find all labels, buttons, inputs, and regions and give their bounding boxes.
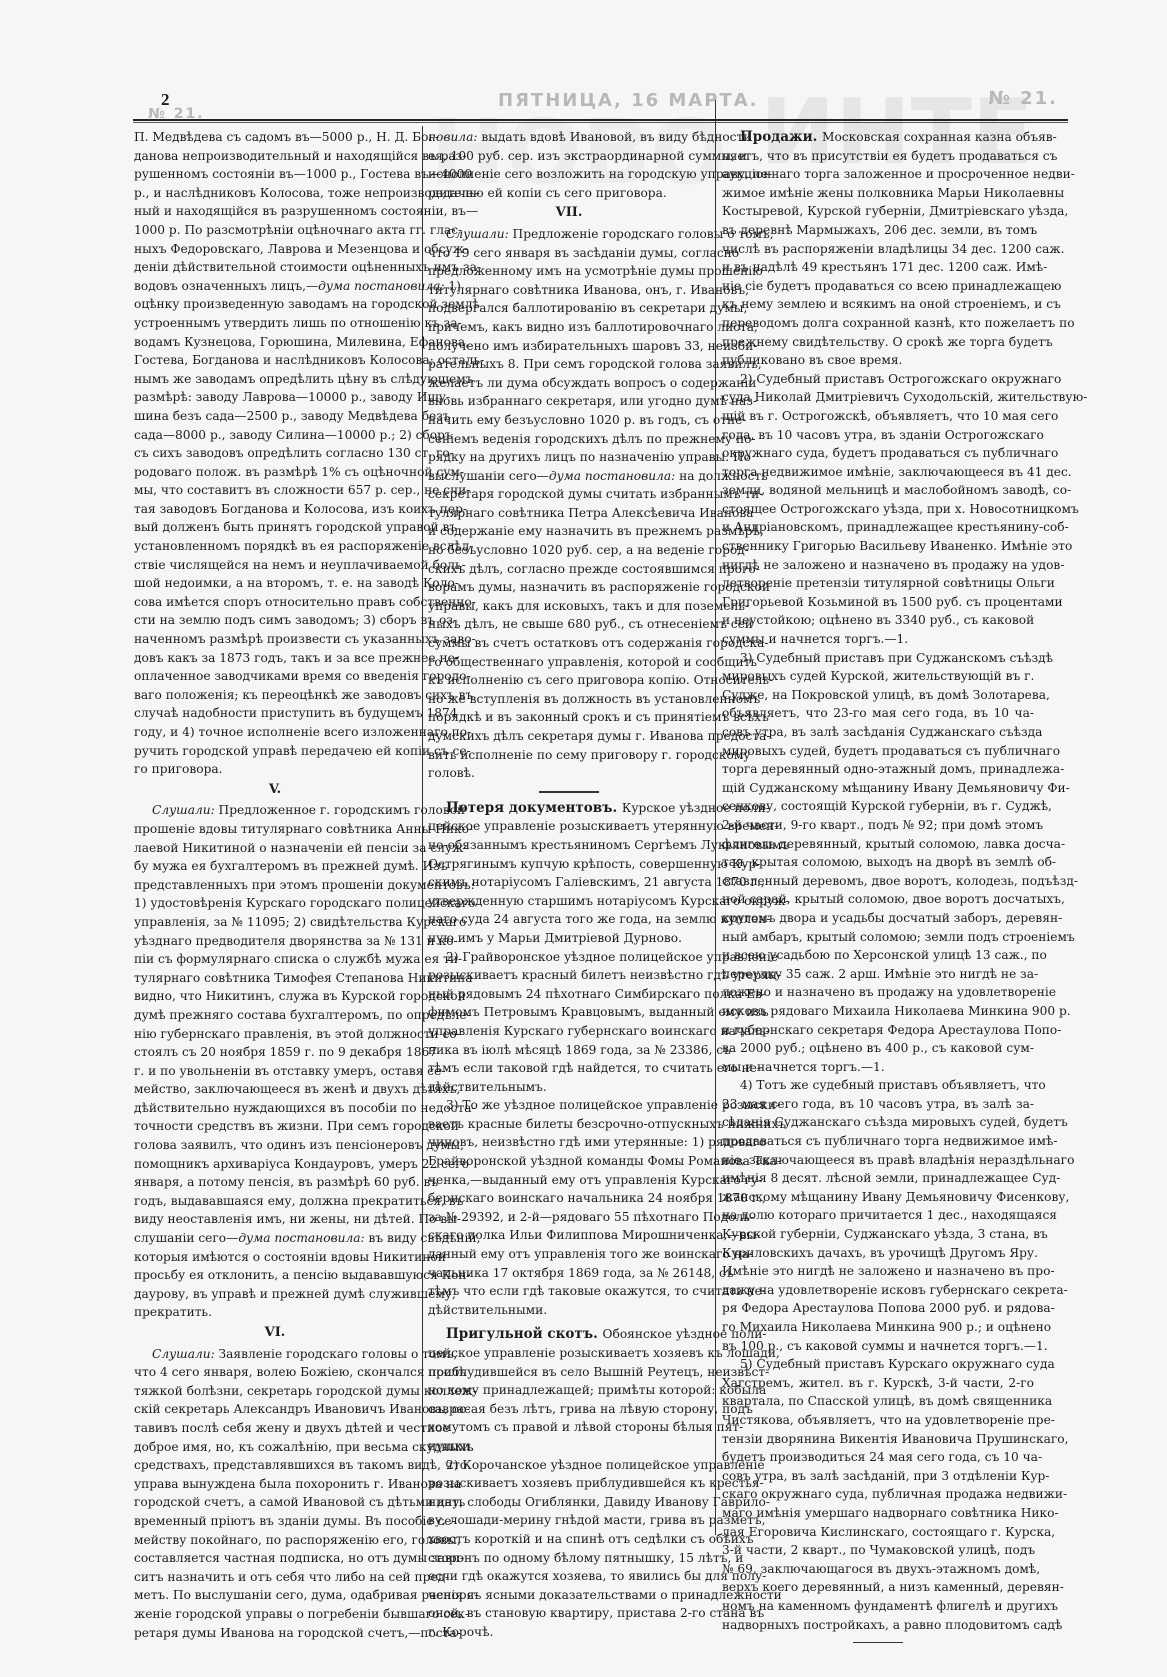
- text-line: случаѣ надобности приступить въ будущемъ…: [134, 704, 416, 723]
- text-line: новила: выдать вдовѣ Ивановой, въ виду б…: [428, 128, 710, 147]
- text-line: фимомъ Петровымъ Кравцовымъ, выданный ем…: [428, 1003, 710, 1022]
- text-line: видно, что Никитинъ, служа въ Курской го…: [134, 987, 416, 1006]
- text-line: мейство, заключающееся въ женѣ и двухъ д…: [134, 1080, 416, 1099]
- text-line: нію губернскаго правленія, въ этой должн…: [134, 1025, 416, 1044]
- text-line: ваго положенія; къ переоцѣнкѣ же заводов…: [134, 686, 416, 705]
- text-line: сеніемъ веденія городскихъ дѣлъ по прежн…: [428, 430, 710, 449]
- text-line: ретаря думы Иванова на городской счетъ,—…: [134, 1624, 416, 1643]
- text-line: подвергался баллотированію въ секретари …: [428, 299, 710, 318]
- text-line: ныхъ Федоровскаго, Лаврова и Мезенцова и…: [134, 240, 416, 259]
- text-line: жанскому мѣщанину Ивану Демьяновичу Фисе…: [722, 1188, 1034, 1207]
- text-line: сова имѣется споръ относительно правъ со…: [134, 593, 416, 612]
- text-line: наго суда 24 августа того же года, на зе…: [428, 910, 710, 929]
- sales-item-4: 4) Тотъ же судебный приставъ объявляетъ,…: [722, 1076, 1034, 1355]
- text-line: ный рядовымъ 24 пѣхотнаго Симбирскаго по…: [428, 985, 710, 1004]
- text-line: сада—8000 р., заводу Силина—10000 р.; 2)…: [134, 426, 416, 445]
- text-line: ныхъ дѣлъ, не свыше 680 руб., съ отнесен…: [428, 615, 710, 634]
- text-line: сти на землю подъ симъ заводомъ; 3) сбор…: [134, 611, 416, 630]
- text-line: квартала, по Спасской улицѣ, въ домѣ свя…: [722, 1392, 1034, 1411]
- text-line: го приговора.: [134, 760, 416, 779]
- text-line: саврасая безъ лѣтъ, грива на лѣвую сторо…: [428, 1400, 710, 1419]
- text-line: къ нему землею и всякимъ на оной строені…: [722, 295, 1034, 314]
- text-line: тензіи дворянина Викентія Ивановича Пруш…: [722, 1430, 1034, 1449]
- text-line: ную имъ у Марьи Дмитріевой Дурново.: [428, 929, 710, 948]
- sales-notice: Продажи. Московская сохранная казна объя…: [722, 128, 1034, 370]
- text-line: метъ. По выслушаніи сего, дума, одабрива…: [134, 1586, 416, 1605]
- text-line: довъ какъ за 1873 годъ, такъ и за все пр…: [134, 649, 416, 668]
- text-line: будетъ производиться 24 мая сего года, с…: [722, 1448, 1034, 1467]
- text-line: 4) Тотъ же судебный приставъ объявляетъ,…: [722, 1076, 1034, 1095]
- text-line: году, и 4) точное исполненіе всего излож…: [134, 723, 416, 742]
- text-line: средствахъ, представлявшихся въ такомъ в…: [134, 1456, 416, 1475]
- text-line: рядку на другихъ лицъ по назначенію упра…: [428, 448, 710, 467]
- text-line: временный пріютъ въ зданіи думы. Въ посо…: [134, 1512, 416, 1531]
- text-line: хомутомъ съ правой и лѣвой стороны бѣлыя…: [428, 1418, 710, 1437]
- text-line: ченка,—выданный ему отъ управленія Курск…: [428, 1171, 710, 1190]
- newspaper-page: ИНТЕ НОВО 2 № 21. ПЯТНИЦА, 16 МАРТА. № 2…: [0, 0, 1167, 1677]
- text-line: выслушаніи сего—дума постановила: на дол…: [428, 467, 710, 486]
- text-line: и неустойкою; оцѣнено въ 3340 руб., съ к…: [722, 611, 1034, 630]
- text-line: ря Федора Арестаулова Попова 2000 руб. и…: [722, 1299, 1034, 1318]
- text-line: вый долженъ быть принятъ городской управ…: [134, 518, 416, 537]
- text-line: розыскиваетъ красный билетъ неизвѣстно г…: [428, 966, 710, 985]
- text-line: ворамъ думы, назначить въ распоряженіе г…: [428, 578, 710, 597]
- section-vii-body: Слушали: Предложеніе городскаго головы о…: [428, 225, 710, 783]
- text-line: тая заводовъ Богданова и Колосова, изъ к…: [134, 500, 416, 519]
- text-line: лаевой Никитиной о назначеніи ей пенсіи …: [134, 839, 416, 858]
- text-line: номъ на каменномъ фундаментѣ флигелѣ и д…: [722, 1597, 1034, 1616]
- text-line: чиновъ, неизвѣстно гдѣ ими утерянные: 1)…: [428, 1133, 710, 1152]
- text-line: Григорьевой Козьминой въ 1500 руб. съ пр…: [722, 593, 1034, 612]
- text-line: слушаніи сего—дума постановила: въ виду …: [134, 1229, 416, 1248]
- text-line: титулярнаго совѣтника Иванова, онъ, г. И…: [428, 281, 710, 300]
- lost-documents-item-3: 3) То же уѣздное полицейское управленіе …: [428, 1096, 710, 1319]
- text-line: получено имъ избирательныхъ шаровъ 33, н…: [428, 337, 710, 356]
- column-3: Продажи. Московская сохранная казна объя…: [722, 128, 1034, 1649]
- text-line: оплаченное заводчиками время со введенія…: [134, 667, 416, 686]
- text-line: Судже, на Покровской улицѣ, въ домѣ Золо…: [722, 686, 1034, 705]
- text-line: продаваться съ публичнаго торга недвижим…: [722, 1132, 1034, 1151]
- notice-heading: Продажи.: [740, 129, 822, 145]
- text-line: скаго окружнаго суда, публичная продажа …: [722, 1485, 1034, 1504]
- text-line: шина безъ сада—2500 р., заводу Медвѣдева…: [134, 407, 416, 426]
- text-line: переулку 35 саж. 2 арш. Имѣніе это нигдѣ…: [722, 965, 1034, 984]
- text-line: Гостева, Богданова и наслѣдниковъ Колосо…: [134, 351, 416, 370]
- text-line: и Андріановскомъ, принадлежащее крестьян…: [722, 518, 1034, 537]
- text-line: прекратить.: [134, 1303, 416, 1322]
- text-line: г. и по увольненіи въ отставку умеръ, ос…: [134, 1062, 416, 1081]
- section-vi-body: Слушали: Заявленіе городскаго головы о т…: [134, 1345, 416, 1643]
- notice-heading: Потеря документовъ.: [446, 800, 622, 816]
- article-continuation: П. Медвѣдева съ садомъ въ—5000 р., Н. Д.…: [134, 128, 416, 779]
- text-line: верхъ коего деревянный, а низъ каменный,…: [722, 1578, 1034, 1597]
- text-line: къ исполненію съ сего приговора копію. О…: [428, 671, 710, 690]
- text-line: нушки.: [428, 1437, 710, 1456]
- text-line: земли, водяной мельницѣ и маслобойномъ з…: [722, 481, 1034, 500]
- text-line: Грайворонской уѣздной команды Фомы Роман…: [428, 1152, 710, 1171]
- text-line: дажу на удовлетвореніе исковъ губернскаг…: [722, 1281, 1034, 1300]
- text-line: скаго полка Ильи Филиппова Мирошниченка,…: [428, 1226, 710, 1245]
- text-line: Пригульной скотъ. Обоянское уѣздное поли…: [428, 1325, 710, 1344]
- text-line: ный амбаръ, крытый соломою; земли подъ с…: [722, 928, 1034, 947]
- header-rule: [133, 119, 1068, 121]
- sales-item-5: 5) Судебный приставъ Курскаго окружнаго …: [722, 1355, 1034, 1634]
- text-line: но же вступленія въ должность въ установ…: [428, 690, 710, 709]
- text-line: тѣмъ что если гдѣ таковые окажутся, то с…: [428, 1282, 710, 1301]
- text-line: наченномъ размѣрѣ произвести съ указанны…: [134, 630, 416, 649]
- text-line: управы, какъ для исковыхъ, такъ и для по…: [428, 597, 710, 616]
- text-line: дѣйствительнымъ.: [428, 1078, 710, 1097]
- text-line: нымъ же заводамъ опредѣлить цѣну въ слѣд…: [134, 370, 416, 389]
- section-v-body: Слушали: Предложенное г. городскимъ голо…: [134, 801, 416, 1322]
- text-line: имѣнія 8 десят. лѣсной земли, принадлежа…: [722, 1169, 1034, 1188]
- text-line: на долю котораго причитается 1 дес., нах…: [722, 1206, 1034, 1225]
- section-separator: [539, 791, 599, 793]
- header-rule-thin: [133, 122, 1068, 123]
- section-number: V.: [134, 781, 416, 800]
- text-line: нину, слободы Огиблянки, Давиду Иванову …: [428, 1493, 710, 1512]
- text-line: бу мужа ея бухгалтеромъ въ прежней думѣ.…: [134, 857, 416, 876]
- notice-heading: Пригульной скотъ.: [446, 1326, 603, 1342]
- text-line: скій секретарь Александръ Ивановичъ Иван…: [134, 1400, 416, 1419]
- text-line: 2) Судебный приставъ Острогожскаго окруж…: [722, 370, 1034, 389]
- text-line: го общественнаго управленія, которой и с…: [428, 653, 710, 672]
- text-line: даурову, въ управѣ и прежней думѣ служив…: [134, 1285, 416, 1304]
- text-line: флигель деревянный, крытый соломою, лавк…: [722, 835, 1034, 854]
- text-line: кругомъ двора и усадьбы досчатый заборъ,…: [722, 909, 1034, 928]
- text-line: розыскиваетъ хозяевъ приблудившейся къ к…: [428, 1474, 710, 1493]
- page-header: 2 № 21. ПЯТНИЦА, 16 МАРТА. № 21.: [133, 88, 1068, 110]
- text-line: сѣданія Суджанскаго съѣзда мировыхъ суде…: [722, 1113, 1034, 1132]
- text-line: оцѣнку произведенную заводамъ на городск…: [134, 295, 416, 314]
- text-line: Слушали: Заявленіе городскаго головы о т…: [134, 1345, 416, 1364]
- text-line: аукціоннаго торга заложенное и просрочен…: [722, 165, 1034, 184]
- text-line: щій Суджанскому мѣщанину Ивану Демьянови…: [722, 779, 1034, 798]
- text-line: окружнаго суда, будетъ продаваться съ пу…: [722, 444, 1034, 463]
- text-line: вновь избраннаго секретаря, или угодно д…: [428, 392, 710, 411]
- text-line: тая, крытая соломою, выходъ на дворѣ въ …: [722, 853, 1034, 872]
- text-line: января, а потому пенсія, въ размѣрѣ 60 р…: [134, 1173, 416, 1192]
- text-line: стоящее Острогожскаго уѣзда, при х. Ново…: [722, 500, 1034, 519]
- text-line: управленія Курскаго губернскаго воинскаг…: [428, 1022, 710, 1041]
- text-line: Курской губерніи, Суджанскаго уѣзда, 3 с…: [722, 1225, 1034, 1244]
- text-line: думѣ прежняго состава бухгалтеромъ, по о…: [134, 1006, 416, 1025]
- text-line: управленія, за № 11095; 2) свидѣтельства…: [134, 913, 416, 932]
- text-line: щій въ г. Острогожскѣ, объявляетъ, что 1…: [722, 407, 1034, 426]
- text-line: ный и находящійся въ разрушенномъ состоя…: [134, 202, 416, 221]
- text-line: ея, 100 руб. сер. изъ экстраординарной с…: [428, 147, 710, 166]
- text-line: за № 29392, и 2-й—рядоваго 55 пѣхотнаго …: [428, 1208, 710, 1227]
- text-line: 23 мая сего года, въ 10 часовъ утра, въ …: [722, 1095, 1034, 1114]
- text-line: данова непроизводительный и находящійся …: [134, 147, 416, 166]
- text-line: женіе городской управы о погребеніи бывш…: [134, 1605, 416, 1624]
- text-line: съ сихъ заводовъ опредѣлить согласно 130…: [134, 444, 416, 463]
- text-line: 2) Грайворонское уѣздное полицейское упр…: [428, 948, 710, 967]
- text-line: Имѣніе это нигдѣ не заложено и назначено…: [722, 1262, 1034, 1281]
- text-line: причемъ, какъ видно изъ баллотировочнаго…: [428, 318, 710, 337]
- lost-documents-item-2: 2) Грайворонское уѣздное полицейское упр…: [428, 948, 710, 1097]
- text-line: Куриловскихъ дачахъ, въ урочищѣ Другомъ …: [722, 1244, 1034, 1263]
- text-line: рушенномъ состояніи въ—1000 р., Гостева …: [134, 165, 416, 184]
- text-line: сенкову, состоящій Курской губерніи, въ …: [722, 797, 1034, 816]
- section-number: VII.: [428, 204, 710, 223]
- text-line: нигдѣ не заложено и назначено въ продажу…: [722, 556, 1034, 575]
- text-line: публиковано въ свое время.: [722, 351, 1034, 370]
- text-line: чальника 17 октября 1869 года, за № 2614…: [428, 1264, 710, 1283]
- text-line: ва 2000 руб.; оцѣнено въ 400 р., съ како…: [722, 1039, 1034, 1058]
- section-number: VI.: [134, 1324, 416, 1343]
- text-line: переводомъ долга сохранной казнѣ, кто по…: [722, 314, 1034, 333]
- text-line: ситъ назначить и отъ себя что либо на се…: [134, 1568, 416, 1587]
- text-line: секретаря городской думы считать избранн…: [428, 485, 710, 504]
- text-line: цейское управленіе розыскиваетъ утерянну…: [428, 817, 710, 836]
- text-line: года, въ 10 часовъ утра, въ зданіи Остро…: [722, 426, 1034, 445]
- text-line: деніи дѣйствительной стоимости оцѣненных…: [134, 258, 416, 277]
- column-1: П. Медвѣдева съ садомъ въ—5000 р., Н. Д.…: [134, 128, 416, 1642]
- text-line: ву, лошади-мерину гнѣдой масти, грива въ…: [428, 1511, 710, 1530]
- text-line: городской счетъ, а самой Ивановой съ дѣт…: [134, 1493, 416, 1512]
- text-line: шой недоимки, а на второмъ, т. е. на зав…: [134, 574, 416, 593]
- text-line: приблудившейся въ село Вышній Реутецъ, н…: [428, 1363, 710, 1382]
- text-line: ніе, заключающееся въ правѣ владѣнія нер…: [722, 1151, 1034, 1170]
- text-line: г. Корочѣ.: [428, 1623, 710, 1642]
- text-line: водамъ Кузнецова, Горюшина, Милевина, Еф…: [134, 333, 416, 352]
- ghost-date-header: ПЯТНИЦА, 16 МАРТА.: [498, 90, 758, 111]
- text-line: р., и наслѣдниковъ Колосова, тоже непрои…: [134, 184, 416, 203]
- text-line: уѣзднаго предводителя дворянства за № 13…: [134, 932, 416, 951]
- text-line: хвостъ короткій и на спинѣ отъ седѣлки с…: [428, 1530, 710, 1549]
- text-line: скихъ дѣлъ, согласно прежде состоявшимся…: [428, 560, 710, 579]
- text-line: суммы и начнется торгъ.—1.: [722, 630, 1034, 649]
- text-line: вить исполненіе по сему приговору г. гор…: [428, 746, 710, 765]
- text-line: въ 100 р., съ каковой суммы и начнется т…: [722, 1337, 1034, 1356]
- text-line: № 69, заключающагося въ двухъ-этажномъ д…: [722, 1560, 1034, 1579]
- text-line: устроеннымъ утвердить лишь по отношенію …: [134, 314, 416, 333]
- text-line: П. Медвѣдева съ садомъ въ—5000 р., Н. Д.…: [134, 128, 416, 147]
- text-line: 3) То же уѣздное полицейское управленіе …: [428, 1096, 710, 1115]
- text-line: голова заявилъ, что одинъ изъ пенсіонеро…: [134, 1136, 416, 1155]
- text-line: ручить городской управѣ передачею ей коп…: [134, 742, 416, 761]
- text-line: составляется частная подписка, но отъ ду…: [134, 1549, 416, 1568]
- text-line: Хагстремъ, жител. въ г. Курскѣ, 3-й част…: [722, 1374, 1034, 1393]
- text-line: оной, въ становую квартиру, пристава 2-г…: [428, 1604, 710, 1623]
- text-line: доброе имя, но, къ сожалѣнію, при весьма…: [134, 1438, 416, 1457]
- text-line: годъ, выдававшаяся ему, должна прекратит…: [134, 1192, 416, 1211]
- sales-item-3: 3) Судебный приставъ при Суджанскомъ съѣ…: [722, 649, 1034, 1077]
- text-line: ляетъ, что въ присутствіи ея будетъ прод…: [722, 147, 1034, 166]
- text-line: Потеря документовъ. Курское уѣздное поли…: [428, 799, 710, 818]
- text-line: объявляетъ, что 23-го мая сего года, въ …: [722, 704, 1034, 723]
- text-line: ставленный деревомъ, двое воротъ, колоде…: [722, 872, 1034, 891]
- stray-cattle-item-2: 2) Корочанское уѣздное полицейское управ…: [428, 1456, 710, 1642]
- text-line: 3) Судебный приставъ при Суджанскомъ съѣ…: [722, 649, 1034, 668]
- text-line: 1000 р. По разсмотрѣніи оцѣночнаго акта …: [134, 221, 416, 240]
- text-line: ника въ іюлѣ мѣсяцѣ 1869 года, за № 2338…: [428, 1041, 710, 1060]
- text-line: виду неоставленія имъ, ни жены, ни дѣтей…: [134, 1210, 416, 1229]
- text-line: лая Егоровича Кислинскаго, состоящаго г.…: [722, 1523, 1034, 1542]
- text-line: данный ему отъ управленія того же воинск…: [428, 1245, 710, 1264]
- text-line: исполненіе сего возложить на городскую у…: [428, 165, 710, 184]
- text-line: ваетъ красные билеты безсрочно-отпускных…: [428, 1115, 710, 1134]
- text-line: суда Николай Дмитріевичъ Суходольскій, ж…: [722, 388, 1034, 407]
- text-line: суммы въ счетъ остатковъ отъ содержанія …: [428, 634, 710, 653]
- text-line: управа вынуждена была похоронить г. Иван…: [134, 1475, 416, 1494]
- text-line: тѣмъ если таковой гдѣ найдется, то счита…: [428, 1059, 710, 1078]
- text-line: ной сарай, крытый соломою, двое воротъ д…: [722, 890, 1034, 909]
- text-line: совъ утра, въ залѣ засѣданій, при 3 отдѣ…: [722, 1467, 1034, 1486]
- text-line: ственнику Григорью Васильеву Иваненко. И…: [722, 537, 1034, 556]
- text-line: цейское управленіе розыскиваетъ хозяевъ …: [428, 1344, 710, 1363]
- text-line: мировыхъ судей, будетъ продаваться съ пу…: [722, 742, 1034, 761]
- text-line: піи съ формулярнаго списка о службѣ мужа…: [134, 950, 416, 969]
- text-line: тулярнаго совѣтника Петра Алексѣевича Ив…: [428, 504, 710, 523]
- text-line: дѣйствительно нуждающихся въ пособіи по …: [134, 1099, 416, 1118]
- text-line: бернскаго воинскаго начальника 24 ноября…: [428, 1189, 710, 1208]
- text-line: желаетъ ли дума обсуждать вопросъ о соде…: [428, 374, 710, 393]
- text-line: дѣйствительными.: [428, 1301, 710, 1320]
- text-line: предложенному имъ на усмотрѣніе думы про…: [428, 262, 710, 281]
- text-line: тулярнаго совѣтника Тимофея Степанова Ни…: [134, 969, 416, 988]
- stray-cattle-notice: Пригульной скотъ. Обоянское уѣздное поли…: [428, 1325, 710, 1455]
- text-line: установленномъ порядкѣ въ ея распоряжені…: [134, 537, 416, 556]
- lost-documents-notice: Потеря документовъ. Курское уѣздное поли…: [428, 799, 710, 948]
- section-vi-continuation: новила: выдать вдовѣ Ивановой, въ виду б…: [428, 128, 710, 202]
- text-line: порядкѣ и въ законный срокъ и съ приняті…: [428, 708, 710, 727]
- column-divider: [715, 100, 716, 1535]
- text-line: редачею ей копіи съ сего приговора.: [428, 184, 710, 203]
- text-line: и всею усадьбою по Херсонской улицѣ 13 с…: [722, 946, 1034, 965]
- text-line: 3-й части, 2 кварт., по Чумаковской улиц…: [722, 1541, 1034, 1560]
- text-line: числѣ въ распоряженіи владѣлицы 34 дес. …: [722, 240, 1034, 259]
- text-line: думскихъ дѣлъ секретаря думы г. Иванова …: [428, 727, 710, 746]
- text-line: родоваго полож. въ размѣрѣ 1% съ оцѣночн…: [134, 463, 416, 482]
- text-line: Острягинымъ купчую крѣпость, совершенную…: [428, 855, 710, 874]
- text-line: Чистякова, объявляетъ, что на удовлетвор…: [722, 1411, 1034, 1430]
- text-line: го Михаила Николаева Минкина 900 р.; и о…: [722, 1318, 1034, 1337]
- text-line: ніе сіе будетъ продаваться со всею прина…: [722, 277, 1034, 296]
- text-line: стоялъ съ 20 ноября 1859 г. по 9 декабря…: [134, 1043, 416, 1062]
- text-line: 1) удостовѣренія Курскаго городскаго пол…: [134, 894, 416, 913]
- text-line: Костыревой, Курской губерніи, Дмитріевск…: [722, 202, 1034, 221]
- text-line: и въ надѣлѣ 49 крестьянъ 171 дес. 1200 с…: [722, 258, 1034, 277]
- text-line: рательныхъ 8. При семъ городской голова …: [428, 355, 710, 374]
- text-line: надворныхъ постройкахъ, а равно плодовит…: [722, 1616, 1034, 1635]
- text-line: прошеніе вдовы титулярнаго совѣтника Анн…: [134, 820, 416, 839]
- text-line: Слушали: Предложеніе городскаго головы о…: [428, 225, 710, 244]
- text-line: 2) Корочанское уѣздное полицейское управ…: [428, 1456, 710, 1475]
- text-line: помощникъ архиваріуса Кондауровъ, умеръ …: [134, 1155, 416, 1174]
- text-line: утвержденную старшимъ нотаріусомъ Курска…: [428, 892, 710, 911]
- text-line: если гдѣ окажутся хозяева, то явились бы…: [428, 1567, 710, 1586]
- text-line: 2-й части, 9-го кварт., подъ № 92; при д…: [722, 816, 1034, 835]
- text-line: размѣрѣ: заводу Лаврова—10000 р., заводу…: [134, 388, 416, 407]
- text-line: мейству покойнаго, по распоряженію его, …: [134, 1531, 416, 1550]
- text-line: жимое имѣніе жены полковника Марьи Никол…: [722, 184, 1034, 203]
- text-line: ствіе числящейся на немъ и неуплачиваемо…: [134, 556, 416, 575]
- text-line: Слушали: Предложенное г. городскимъ голо…: [134, 801, 416, 820]
- sales-item-2: 2) Судебный приставъ Острогожскаго окруж…: [722, 370, 1034, 649]
- ghost-issue-number-right: № 21.: [988, 88, 1058, 109]
- text-line: прежнему свидѣтельству. О срокѣ же торга…: [722, 333, 1034, 352]
- text-line: что 4 сего января, волею Божіею, скончал…: [134, 1363, 416, 1382]
- text-line: сторонъ по одному бѣлому пятнышку, 15 лѣ…: [428, 1549, 710, 1568]
- text-line: но-обязаннымъ крестьяниномъ Сергѣемъ Лук…: [428, 836, 710, 855]
- text-line: совъ утра, въ залѣ засѣданія Суджанскаго…: [722, 723, 1034, 742]
- text-line: но кому принадлежащей; примѣты которой: …: [428, 1381, 710, 1400]
- text-line: маго имѣнія умершаго надворнаго совѣтник…: [722, 1504, 1034, 1523]
- text-line: но безъусловно 1020 руб. сер, а на веден…: [428, 541, 710, 560]
- section-separator: [853, 1642, 903, 1643]
- text-line: ложено и назначено въ продажу на удовлет…: [722, 983, 1034, 1002]
- text-line: 5) Судебный приставъ Курскаго окружнаго …: [722, 1355, 1034, 1374]
- text-line: скимъ нотаріусомъ Галіевскимъ, 21 август…: [428, 873, 710, 892]
- text-line: торга деревянный одно-этажный домъ, прин…: [722, 760, 1034, 779]
- text-line: водовъ означенныхъ лицъ,—дума постановил…: [134, 277, 416, 296]
- text-line: мы и начнется торгъ.—1.: [722, 1058, 1034, 1077]
- text-line: ченія съ ясными доказательствами о прина…: [428, 1586, 710, 1605]
- text-line: летвореніе претензіи титулярной совѣтниц…: [722, 574, 1034, 593]
- text-line: точности средствъ въ жизни. При семъ гор…: [134, 1117, 416, 1136]
- text-line: и губернскаго секретаря Федора Арестауло…: [722, 1021, 1034, 1040]
- text-line: и содержаніе ему назначить въ прежнемъ р…: [428, 522, 710, 541]
- text-line: что 19 сего января въ засѣданіи думы, со…: [428, 244, 710, 263]
- text-line: представленныхъ при этомъ прошеніи докум…: [134, 876, 416, 895]
- text-line: тавивъ послѣ себя жену и двухъ дѣтей и ч…: [134, 1419, 416, 1438]
- text-line: тяжкой болѣзни, секретарь городской думы…: [134, 1382, 416, 1401]
- text-line: начить ему безъусловно 1020 р. въ годъ, …: [428, 411, 710, 430]
- text-line: мы, что составитъ въ сложности 657 р. се…: [134, 481, 416, 500]
- text-line: головѣ.: [428, 764, 710, 783]
- text-line: исковъ рядоваго Михаила Николаева Минкин…: [722, 1002, 1034, 1021]
- text-line: которыя имѣются о состояніи вдовы Никити…: [134, 1248, 416, 1267]
- text-line: въ деревнѣ Мармыжахъ, 206 дес. земли, въ…: [722, 221, 1034, 240]
- text-line: торга недвижимое имѣніе, заключающееся в…: [722, 463, 1034, 482]
- column-2: новила: выдать вдовѣ Ивановой, въ виду б…: [428, 128, 710, 1642]
- text-line: просьбу ея отклонить, а пенсію выдававшу…: [134, 1266, 416, 1285]
- text-line: Продажи. Московская сохранная казна объя…: [722, 128, 1034, 147]
- text-line: мировыхъ судей Курской, жительствующій в…: [722, 667, 1034, 686]
